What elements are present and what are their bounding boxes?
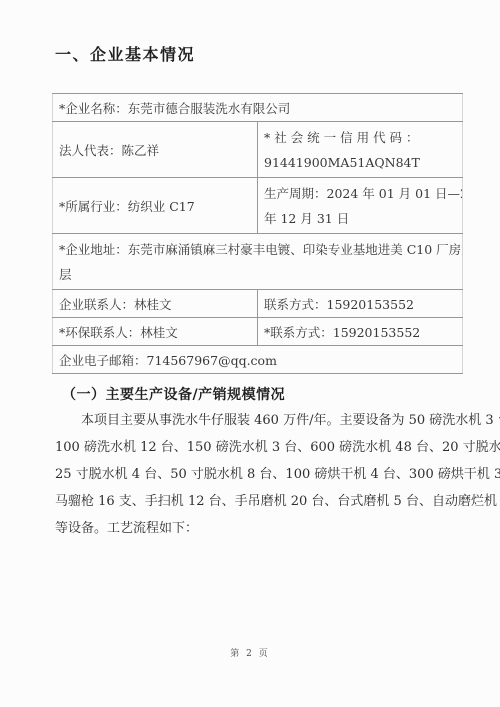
production-period-line2: 年 12 月 31 日 xyxy=(264,206,456,231)
section-title-basic-info: 一、企业基本情况 xyxy=(55,42,195,65)
document-page: 一、企业基本情况 *企业名称：东莞市德合服装洗水有限公司 法人代表：陈乙祥 * … xyxy=(0,0,500,707)
cell-industry: *所属行业：纺织业 C17 xyxy=(53,178,258,234)
table-row: 企业联系人：林桂文 联系方式：15920153552 xyxy=(53,290,463,318)
cell-env-contact-person: *环保联系人：林桂文 xyxy=(53,318,258,346)
table-row: 法人代表：陈乙祥 * 社 会 统 一 信 用 代 码 ： 91441900MA5… xyxy=(53,122,463,178)
address-line2: 层 xyxy=(59,262,456,287)
cell-credit-code: * 社 会 统 一 信 用 代 码 ： 91441900MA51AQN84T xyxy=(258,122,463,178)
table-row: *环保联系人：林桂文 *联系方式：15920153552 xyxy=(53,318,463,346)
table-row: 企业电子邮箱：714567967@qq.com xyxy=(53,346,463,374)
production-period-line1: 生产周期：2024 年 01 月 01 日—2024 xyxy=(264,181,456,206)
paragraph-line: 本项目主要从事洗水牛仔服装 460 万件/年。主要设备为 50 磅洗水机 3 台… xyxy=(55,407,465,434)
cell-contact-person: 企业联系人：林桂文 xyxy=(53,290,258,318)
table-row: *企业名称：东莞市德合服装洗水有限公司 xyxy=(53,94,463,122)
table-row: *企业地址：东莞市麻涌镇麻三村豪丰电镀、印染专业基地进美 C10 厂房第 1、2… xyxy=(53,234,463,290)
cell-company-email: 企业电子邮箱：714567967@qq.com xyxy=(53,346,463,374)
cell-contact-phone: 联系方式：15920153552 xyxy=(258,290,463,318)
cell-legal-representative: 法人代表：陈乙祥 xyxy=(53,122,258,178)
section-title-equipment: （一）主要生产设备/产销规模情况 xyxy=(62,384,285,404)
page-number: 第 2 页 xyxy=(0,646,500,659)
cell-company-name: *企业名称：东莞市德合服装洗水有限公司 xyxy=(53,94,463,122)
paragraph-line: 马骝枪 16 支、手扫机 12 台、手吊磨机 20 台、台式磨机 5 台、自动磨… xyxy=(55,488,465,515)
address-line1: *企业地址：东莞市麻涌镇麻三村豪丰电镀、印染专业基地进美 C10 厂房第 1、2 xyxy=(59,237,456,262)
paragraph-line: 25 寸脱水机 4 台、50 寸脱水机 8 台、100 磅烘干机 4 台、300… xyxy=(55,461,465,488)
table-row: *所属行业：纺织业 C17 生产周期：2024 年 01 月 01 日—2024… xyxy=(53,178,463,234)
company-info-table: *企业名称：东莞市德合服装洗水有限公司 法人代表：陈乙祥 * 社 会 统 一 信… xyxy=(52,93,463,374)
credit-code-label: * 社 会 统 一 信 用 代 码 ： xyxy=(264,125,456,150)
equipment-paragraph: 本项目主要从事洗水牛仔服装 460 万件/年。主要设备为 50 磅洗水机 3 台… xyxy=(55,407,465,542)
cell-production-period: 生产周期：2024 年 01 月 01 日—2024 年 12 月 31 日 xyxy=(258,178,463,234)
paragraph-line: 等设备。工艺流程如下： xyxy=(55,515,465,542)
paragraph-line: 100 磅洗水机 12 台、150 磅洗水机 3 台、600 磅洗水机 48 台… xyxy=(55,434,465,461)
cell-company-address: *企业地址：东莞市麻涌镇麻三村豪丰电镀、印染专业基地进美 C10 厂房第 1、2… xyxy=(53,234,463,290)
cell-env-contact-phone: *联系方式：15920153552 xyxy=(258,318,463,346)
credit-code-value: 91441900MA51AQN84T xyxy=(264,150,456,175)
